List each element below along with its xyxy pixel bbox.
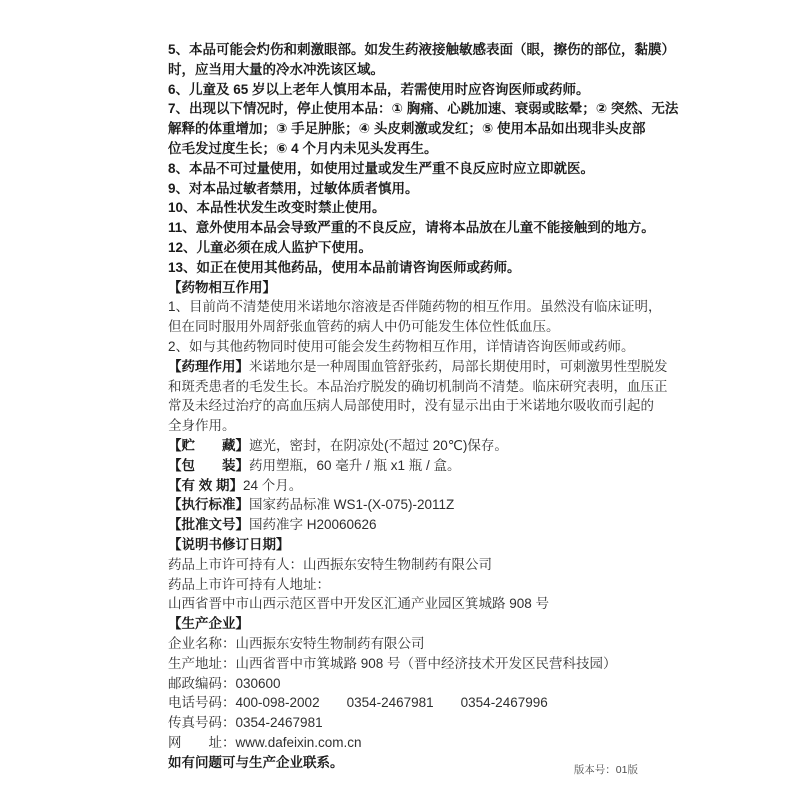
doc-text-bold: 12、儿童必须在成人监护下使用。 (168, 240, 372, 255)
doc-line-7: 8、本品不可过量使用，如使用过量或发生严重不良反应时应立即就医。 (168, 159, 638, 179)
doc-line-14: 1、目前尚不清楚使用米诺地尔溶液是否伴随药物的相互作用。虽然没有临床证明， (168, 297, 638, 317)
doc-text-bold: 【包 装】 (168, 458, 249, 473)
doc-text-bold: 【有 效 期】 (168, 478, 243, 493)
doc-line-9: 10、本品性状发生改变时禁止使用。 (168, 198, 638, 218)
doc-text: 药品上市许可持有人地址： (168, 577, 330, 592)
doc-text-bold: 时，应当用大量的冷水冲洗该区域。 (168, 62, 384, 77)
doc-text: 和斑秃患者的毛发生长。本品治疗脱发的确切机制尚不清楚。临床研究表明，血压正 (168, 379, 668, 394)
doc-line-11: 12、儿童必须在成人监护下使用。 (168, 238, 638, 258)
doc-line-15: 但在同时服用外周舒张血管药的病人中仍可能发生体位性低血压。 (168, 317, 638, 337)
doc-line-35: 传真号码：0354-2467981 (168, 713, 638, 733)
doc-text-bold: 7、出现以下情况时，停止使用本品：① 胸痛、心跳加速、衰弱或眩晕；② 突然、无法 (168, 101, 678, 116)
doc-line-17: 【药理作用】米诺地尔是一种周围血管舒张药，局部长期使用时，可刺激男性型脱发 (168, 357, 638, 377)
doc-text-bold: 13、如正在使用其他药品，使用本品前请咨询医师或药师。 (168, 260, 521, 275)
doc-text: 24 个月。 (243, 478, 302, 493)
doc-line-29: 山西省晋中市山西示范区晋中开发区汇通产业园区箕城路 908 号 (168, 594, 638, 614)
doc-line-1: 5、本品可能会灼伤和刺激眼部。如发生药液接触敏感表面（眼，擦伤的部位，黏膜） (168, 40, 638, 60)
doc-text: 药品上市许可持有人：山西振东安特生物制药有限公司 (168, 557, 492, 572)
doc-text: 传真号码：0354-2467981 (168, 715, 323, 730)
doc-text: 但在同时服用外周舒张血管药的病人中仍可能发生体位性低血压。 (168, 319, 560, 334)
doc-text-bold: 8、本品不可过量使用，如使用过量或发生严重不良反应时应立即就医。 (168, 161, 594, 176)
version-label: 版本号：01版 (168, 762, 638, 777)
doc-line-8: 9、对本品过敏者禁用，过敏体质者慎用。 (168, 179, 638, 199)
doc-line-2: 时，应当用大量的冷水冲洗该区域。 (168, 60, 638, 80)
doc-text: 电话号码：400-098-2002 0354-2467981 0354-2467… (168, 695, 548, 710)
doc-text: 2、如与其他药物同时使用可能会发生药物相互作用，详情请咨询医师或药师。 (168, 339, 635, 354)
doc-line-18: 和斑秃患者的毛发生长。本品治疗脱发的确切机制尚不清楚。临床研究表明，血压正 (168, 377, 638, 397)
doc-text: 国家药品标准 WS1-(X-075)-2011Z (249, 497, 454, 512)
doc-text-bold: 【药物相互作用】 (168, 280, 276, 295)
doc-line-31: 企业名称：山西振东安特生物制药有限公司 (168, 634, 638, 654)
doc-text-bold: 【执行标准】 (168, 497, 249, 512)
doc-text-bold: 解释的体重增加；③ 手足肿胀；④ 头皮刺激或发红；⑤ 使用本品如出现非头皮部 (168, 121, 646, 136)
doc-text-bold: 10、本品性状发生改变时禁止使用。 (168, 200, 386, 215)
doc-text-bold: 5、本品可能会灼伤和刺激眼部。如发生药液接触敏感表面（眼，擦伤的部位，黏膜） (168, 42, 675, 57)
document-body: 5、本品可能会灼伤和刺激眼部。如发生药液接触敏感表面（眼，擦伤的部位，黏膜）时，… (168, 40, 638, 772)
doc-line-22: 【包 装】药用塑瓶，60 毫升 / 瓶 x1 瓶 / 盒。 (168, 456, 638, 476)
doc-text: 米诺地尔是一种周围血管舒张药，局部长期使用时，可刺激男性型脱发 (249, 359, 668, 374)
doc-text-bold: 6、儿童及 65 岁以上老年人慎用本品，若需使用时应咨询医师或药师。 (168, 82, 590, 97)
doc-line-34: 电话号码：400-098-2002 0354-2467981 0354-2467… (168, 693, 638, 713)
doc-line-26: 【说明书修订日期】 (168, 535, 638, 555)
doc-text: 遮光，密封，在阴凉处(不超过 20℃)保存。 (249, 438, 508, 453)
doc-line-20: 全身作用。 (168, 416, 638, 436)
doc-line-3: 6、儿童及 65 岁以上老年人慎用本品，若需使用时应咨询医师或药师。 (168, 80, 638, 100)
doc-line-12: 13、如正在使用其他药品，使用本品前请咨询医师或药师。 (168, 258, 638, 278)
doc-line-6: 位毛发过度生长；⑥ 4 个月内未见头发再生。 (168, 139, 638, 159)
doc-text: 邮政编码：030600 (168, 676, 281, 691)
doc-text: 网 址：www.dafeixin.com.cn (168, 735, 362, 750)
doc-line-36: 网 址：www.dafeixin.com.cn (168, 733, 638, 753)
doc-line-19: 常及未经过治疗的高血压病人局部使用时，没有显示出由于米诺地尔吸收而引起的 (168, 396, 638, 416)
doc-text: 1、目前尚不清楚使用米诺地尔溶液是否伴随药物的相互作用。虽然没有临床证明， (168, 299, 662, 314)
doc-text-bold: 【生产企业】 (168, 616, 249, 631)
doc-line-33: 邮政编码：030600 (168, 674, 638, 694)
doc-line-10: 11、意外使用本品会导致严重的不良反应，请将本品放在儿童不能接触到的地方。 (168, 218, 638, 238)
doc-text-bold: 【说明书修订日期】 (168, 537, 290, 552)
doc-line-5: 解释的体重增加；③ 手足肿胀；④ 头皮刺激或发红；⑤ 使用本品如出现非头皮部 (168, 119, 638, 139)
doc-line-16: 2、如与其他药物同时使用可能会发生药物相互作用，详情请咨询医师或药师。 (168, 337, 638, 357)
doc-line-32: 生产地址：山西省晋中市箕城路 908 号（晋中经济技术开发区民营科技园） (168, 654, 638, 674)
doc-text: 企业名称：山西振东安特生物制药有限公司 (168, 636, 425, 651)
doc-line-13: 【药物相互作用】 (168, 278, 638, 298)
doc-line-27: 药品上市许可持有人：山西振东安特生物制药有限公司 (168, 555, 638, 575)
doc-line-28: 药品上市许可持有人地址： (168, 575, 638, 595)
doc-text: 生产地址：山西省晋中市箕城路 908 号（晋中经济技术开发区民营科技园） (168, 656, 617, 671)
doc-text: 全身作用。 (168, 418, 236, 433)
doc-text-bold: 11、意外使用本品会导致严重的不良反应，请将本品放在儿童不能接触到的地方。 (168, 220, 655, 235)
doc-text: 药用塑瓶，60 毫升 / 瓶 x1 瓶 / 盒。 (249, 458, 461, 473)
package-insert-page: 5、本品可能会灼伤和刺激眼部。如发生药液接触敏感表面（眼，擦伤的部位，黏膜）时，… (0, 0, 800, 800)
doc-line-25: 【批准文号】国药准字 H20060626 (168, 515, 638, 535)
doc-text: 常及未经过治疗的高血压病人局部使用时，没有显示出由于米诺地尔吸收而引起的 (168, 398, 654, 413)
doc-line-24: 【执行标准】国家药品标准 WS1-(X-075)-2011Z (168, 495, 638, 515)
doc-text-bold: 【批准文号】 (168, 517, 249, 532)
doc-line-21: 【贮 藏】遮光，密封，在阴凉处(不超过 20℃)保存。 (168, 436, 638, 456)
doc-line-23: 【有 效 期】24 个月。 (168, 476, 638, 496)
doc-text-bold: 【贮 藏】 (168, 438, 249, 453)
doc-text: 国药准字 H20060626 (249, 517, 377, 532)
doc-text-bold: 9、对本品过敏者禁用，过敏体质者慎用。 (168, 181, 419, 196)
doc-text-bold: 【药理作用】 (168, 359, 249, 374)
doc-text: 山西省晋中市山西示范区晋中开发区汇通产业园区箕城路 908 号 (168, 596, 549, 611)
doc-line-4: 7、出现以下情况时，停止使用本品：① 胸痛、心跳加速、衰弱或眩晕；② 突然、无法 (168, 99, 638, 119)
doc-text-bold: 位毛发过度生长；⑥ 4 个月内未见头发再生。 (168, 141, 437, 156)
doc-line-30: 【生产企业】 (168, 614, 638, 634)
